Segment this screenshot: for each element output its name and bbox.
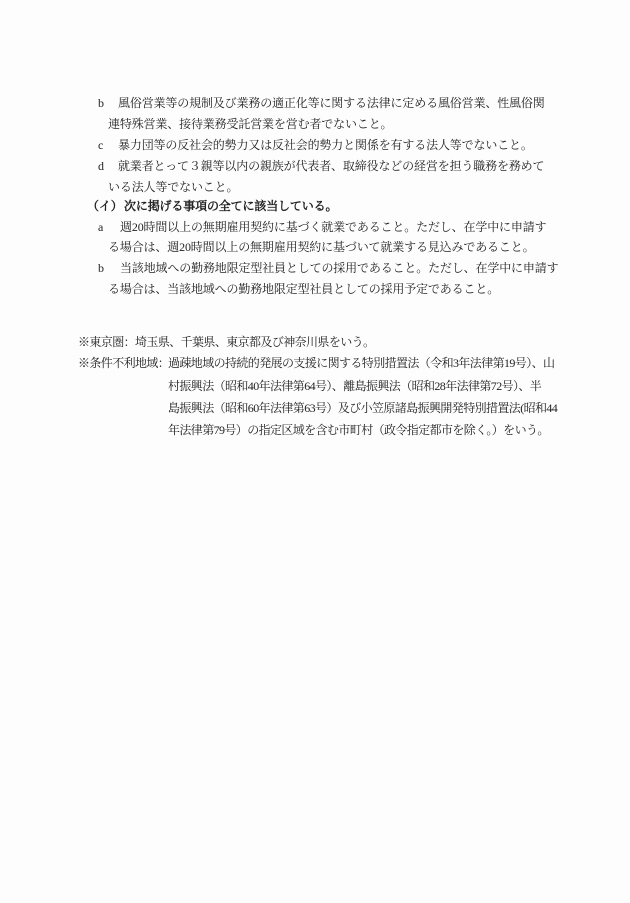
- footnote-disadvantaged-area-line-3: 島振興法（昭和60年法律第63号）及び小笠原諸島振興開発特別措置法(昭和44: [168, 401, 557, 416]
- condition-c-text-1: 暴力団等の反社会的勢力又は反社会的勢力と関係を有する法人等でないこと。: [118, 138, 533, 152]
- footnote-disadvantaged-area-text-1: 過疎地域の持続的発展の支援に関する特別措置法（令和3年法律第19号）、山: [168, 356, 554, 370]
- condition-c-marker: c: [98, 138, 118, 153]
- footnote-disadvantaged-area-line-4: 年法律第79号）の指定区域を含む市町村（政令指定都市を除く。）をいう。: [168, 423, 549, 438]
- subcondition-a-text-1: 週20時間以上の無期雇用契約に基づく就業であること。ただし、在学中に申請す: [120, 220, 546, 234]
- subcondition-b-line-2: る場合は、当該地域への勤務地限定型社員としての採用予定であること。: [108, 282, 499, 297]
- subcondition-b-text-1: 当該地域への勤務地限定型社員としての採用であること。ただし、在学中に申請す: [120, 261, 558, 275]
- condition-d-marker: d: [98, 159, 118, 174]
- subcondition-b-line-1: b当該地域への勤務地限定型社員としての採用であること。ただし、在学中に申請す: [98, 261, 558, 276]
- footnote-tokyo-area-label: ※東京圏：: [78, 335, 135, 349]
- footnote-tokyo-area-text: 埼玉県、千葉県、東京都及び神奈川県をいう。: [135, 335, 374, 349]
- subcondition-a-line-2: る場合は、週20時間以上の無期雇用契約に基づいて就業する見込みであること。: [108, 240, 534, 255]
- subcondition-a-marker: a: [98, 220, 120, 235]
- condition-d-line-2: いる法人等でないこと。: [108, 180, 238, 195]
- footnote-disadvantaged-area-line-2: 村振興法（昭和40年法律第64号）、離島振興法（昭和28年法律第72号）、半: [168, 379, 541, 394]
- footnote-tokyo-area: ※東京圏：埼玉県、千葉県、東京都及び神奈川県をいう。: [78, 335, 374, 350]
- condition-b-text-1: 風俗営業等の規制及び業務の適正化等に関する法律に定める風俗営業、性風俗関: [118, 96, 545, 110]
- subcondition-b-marker: b: [98, 261, 120, 276]
- condition-d-line-1: d就業者とって３親等以内の親族が代表者、取締役などの経営を担う職務を務めて: [98, 159, 544, 174]
- footnote-disadvantaged-area-label: ※条件不利地域：: [78, 356, 168, 371]
- condition-b-line-2: 連特殊営業、接待業務受託営業を営む者でないこと。: [108, 117, 392, 132]
- condition-c-line-1: c暴力団等の反社会的勢力又は反社会的勢力と関係を有する法人等でないこと。: [98, 138, 533, 153]
- heading-i-text: 次に掲げる事項の全てに該当している。: [124, 199, 337, 213]
- document-page: b風俗営業等の規制及び業務の適正化等に関する法律に定める風俗営業、性風俗関 連特…: [0, 0, 630, 903]
- condition-b-line-1: b風俗営業等の規制及び業務の適正化等に関する法律に定める風俗営業、性風俗関: [98, 96, 545, 111]
- footnote-disadvantaged-area-line-1: ※条件不利地域：過疎地域の持続的発展の支援に関する特別措置法（令和3年法律第19…: [78, 356, 554, 371]
- condition-b-marker: b: [98, 96, 118, 111]
- heading-i-marker: （イ）: [87, 199, 124, 214]
- subcondition-a-line-1: a週20時間以上の無期雇用契約に基づく就業であること。ただし、在学中に申請す: [98, 220, 546, 235]
- condition-d-text-1: 就業者とって３親等以内の親族が代表者、取締役などの経営を担う職務を務めて: [118, 159, 544, 173]
- heading-i: （イ）次に掲げる事項の全てに該当している。: [87, 199, 337, 214]
